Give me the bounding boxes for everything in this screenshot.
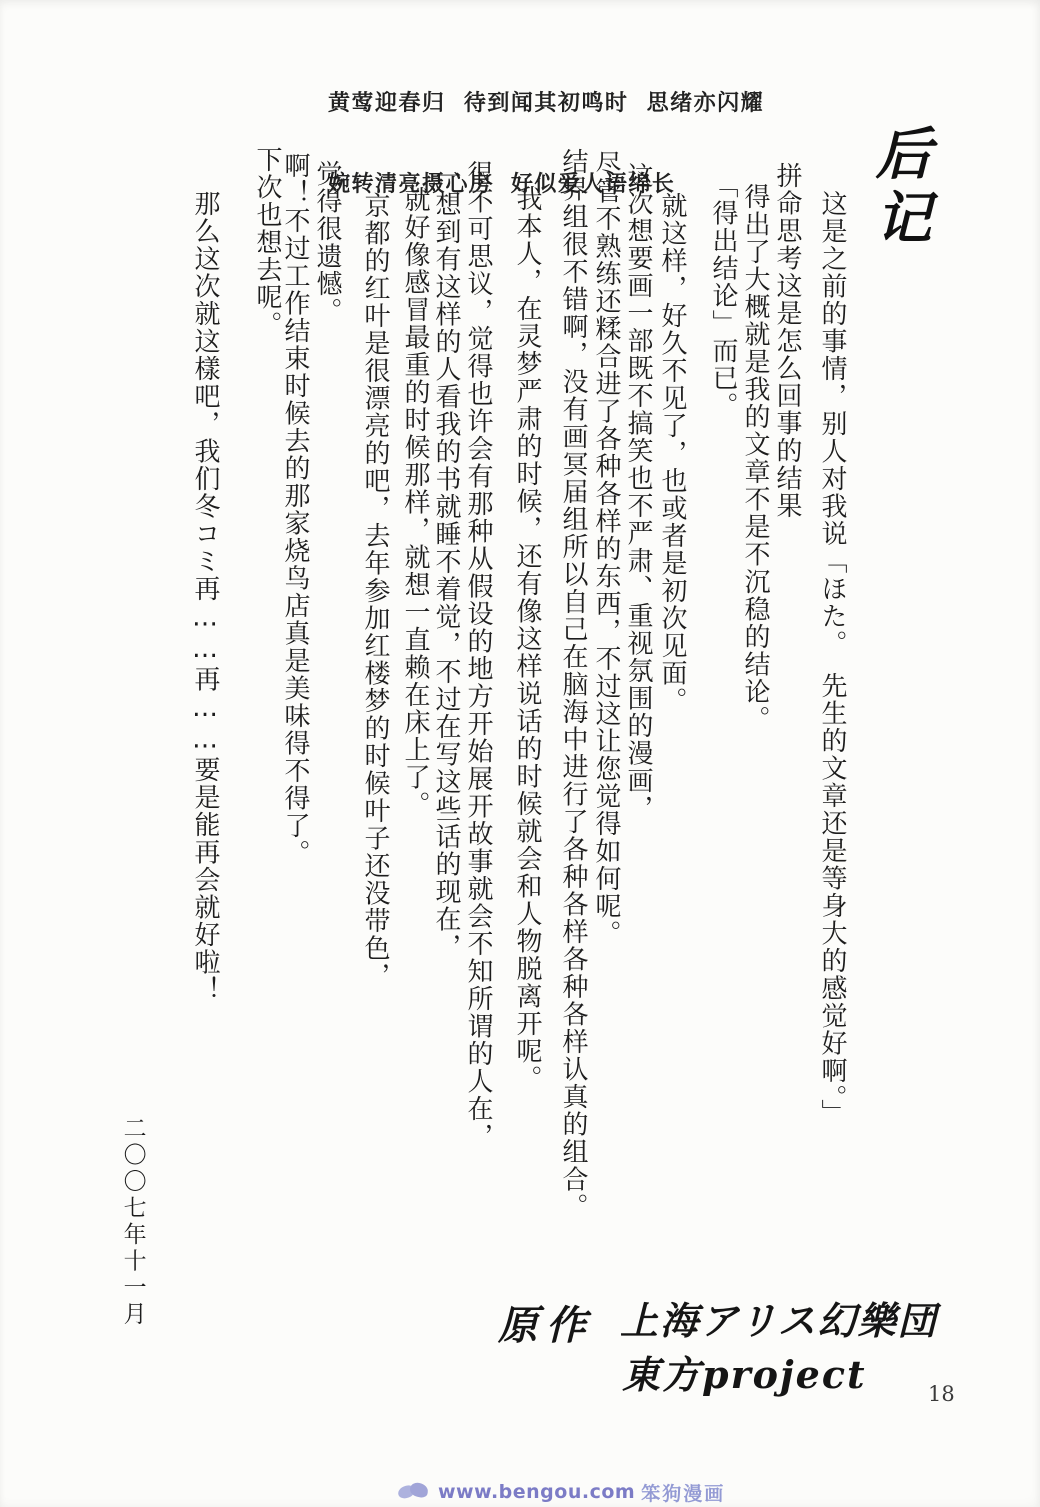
date-column: 二〇〇七年十一月	[118, 1116, 146, 1328]
scanned-afterword-page: 黄莺迎春归 待到闻其初鸣时 思绪亦闪耀 婉转清亮摄心房 好似爱人语绵长 后记 这…	[0, 0, 1040, 1507]
text-column: 「得出结论」而已。	[707, 172, 739, 420]
watermark: www.bengou.com 笨狗漫画	[398, 1480, 725, 1504]
credit-series-name: 東方project	[622, 1344, 867, 1399]
text-column: 很不可思议，觉得也许会有那种从假设的地方开始展开故事就会不知所谓的人在，	[462, 160, 494, 1150]
page-number: 18	[928, 1382, 955, 1406]
text-column: 一想到有这样的人看我的书就睡不着觉，不过在写这些话的现在，	[430, 163, 462, 961]
page-title: 后记	[868, 124, 930, 294]
text-column: 这是之前的事情，别人对我说「ほた。 先生的文章还是等身大的感觉好啊。」	[816, 190, 848, 1127]
text-column: 京都的红叶是很漂亮的吧，去年参加红楼梦的时候叶子还没带色，	[359, 192, 391, 990]
text-column: 就好像感冒最重的时候那样，就想一直赖在床上了。	[399, 186, 431, 819]
text-column: 就这样，好久不见了，也或者是初次见面。	[656, 192, 688, 715]
text-column: 下次也想去呢。	[251, 146, 283, 339]
text-column: 啊！不过工作结束时候去的那家烧鸟店真是美味得不得了。	[279, 152, 311, 867]
text-column: 那么这次就这樣吧，我们冬コミ再……再……要是能再会就好啦！	[189, 190, 221, 1004]
watermark-site-name: 笨狗漫画	[641, 1479, 725, 1506]
header-poem-line1: 黄莺迎春归 待到闻其初鸣时 思绪亦闪耀	[328, 90, 808, 117]
text-column: 我本人，在灵梦严肃的时候，还有像这样说话的时候就会和人物脱离开呢。	[511, 185, 543, 1093]
text-column: 尽管不熟练还糅合进了各种各样的东西，不过这让您觉得如何呢。	[590, 150, 622, 948]
credit-circle-name: 上海アリス幻樂団	[620, 1290, 938, 1345]
text-column: 拼命思考这是怎么回事的结果	[771, 162, 803, 520]
credit-original-label: 原作	[498, 1294, 594, 1351]
text-column: 结界组很不错啊，没有画冥届组所以自己在脑海中进行了各种各样各种各样认真的组合。	[557, 148, 589, 1221]
watermark-site-url: www.bengou.com	[438, 1481, 635, 1503]
text-column: 这次想要画一部既不搞笑也不严肃、重视氛围的漫画，	[622, 162, 654, 822]
bengou-dog-logo-icon	[398, 1482, 432, 1502]
text-column: 得出了大概就是我的文章不是不沉稳的结论。	[739, 183, 771, 733]
text-column: 觉得很遗憾。	[311, 160, 343, 325]
